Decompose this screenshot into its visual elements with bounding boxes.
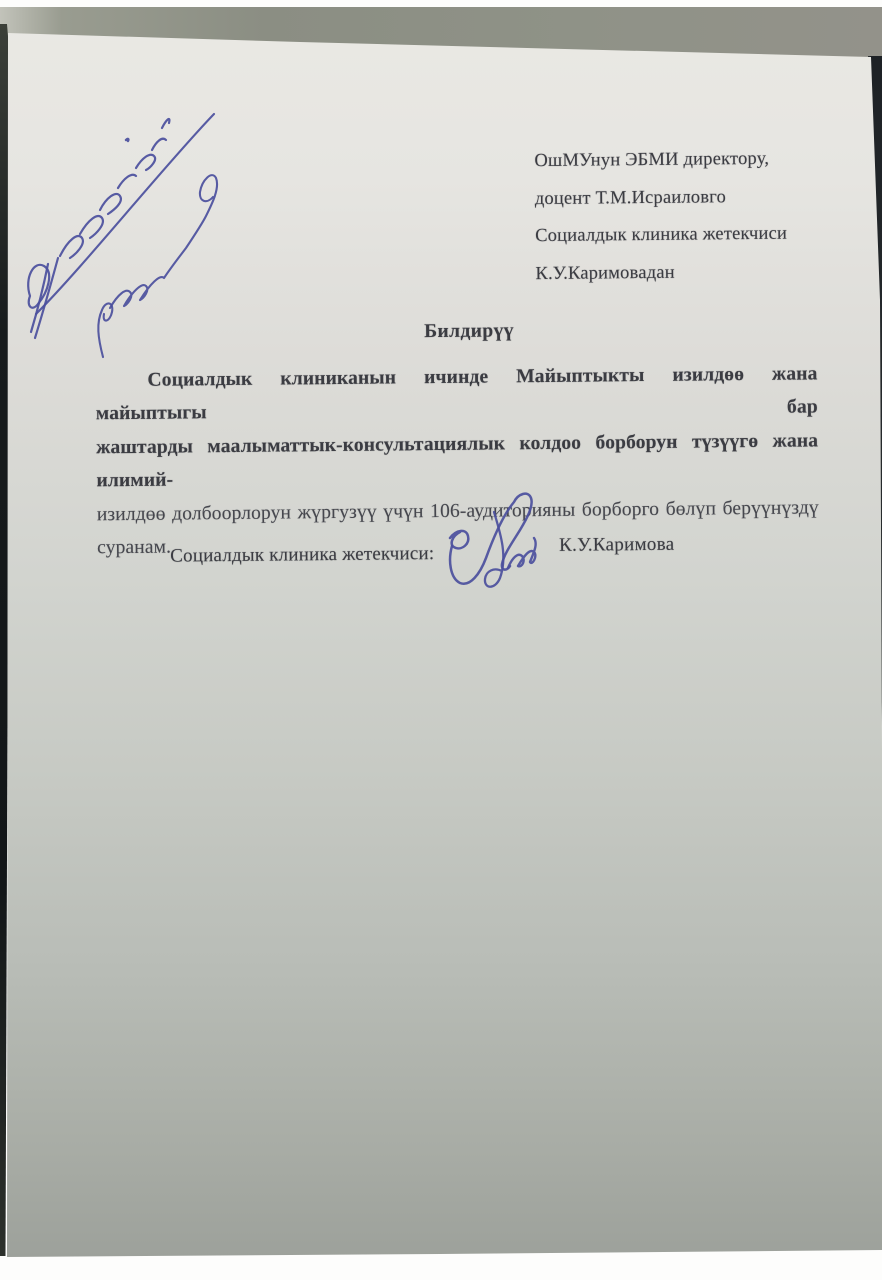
recipient-line: доцент Т.М.Исраиловго bbox=[535, 178, 835, 218]
karimova-signature bbox=[438, 486, 556, 598]
body-line: Социалдык клиниканын ичинде Майыптыкты и… bbox=[95, 357, 818, 431]
recipient-line: ОшМУнун ЭБМИ директору, bbox=[534, 140, 834, 180]
signature-name: К.У.Каримова bbox=[559, 534, 675, 557]
approval-note-handwriting bbox=[14, 88, 229, 366]
letter-page: ОшМУнун ЭБМИ директору, доцент Т.М.Исраи… bbox=[0, 0, 882, 1280]
document-photo: ОшМУнун ЭБМИ директору, доцент Т.М.Исраи… bbox=[0, 0, 882, 1280]
recipient-line: К.У.Каримовадан bbox=[535, 253, 835, 293]
recipient-line: Социалдык клиника жетекчиси bbox=[535, 215, 835, 255]
signature-label: Социалдык клиника жетекчиси: bbox=[170, 543, 434, 568]
recipient-block: ОшМУнун ЭБМИ директору, доцент Т.М.Исраи… bbox=[534, 140, 835, 293]
